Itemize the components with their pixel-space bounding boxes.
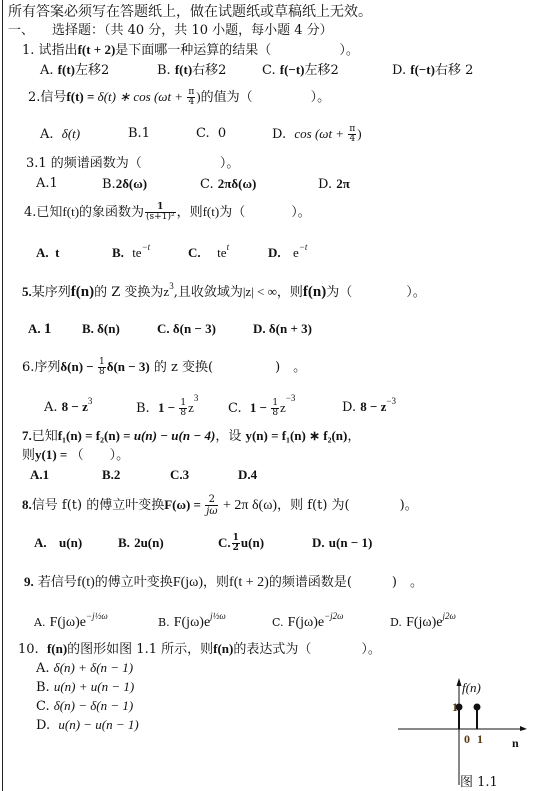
q8-option-b[interactable]: B. 2u(n) bbox=[118, 534, 164, 553]
q7-option-a[interactable]: A.1 bbox=[30, 466, 49, 484]
q3-option-b[interactable]: B.2δ(ω) bbox=[102, 175, 147, 194]
exam-notice: 所有答案必须写在答题纸上，做在试题纸或草稿纸上无效。 bbox=[8, 3, 372, 21]
question-3: 3.1 的频谱函数为（）。 bbox=[26, 155, 239, 173]
question-9: 9. 若信号f(t)的傅立叶变换F(jω)，则f(t + 2)的频谱函数是() … bbox=[24, 573, 423, 592]
q1-option-a[interactable]: A. f(t)左移2 bbox=[40, 61, 109, 80]
q2-option-d[interactable]: D. cos (ωt + π4) bbox=[272, 125, 362, 144]
q2-option-c[interactable]: C. 0 bbox=[196, 125, 226, 143]
q4-option-d[interactable]: D. e−t bbox=[268, 244, 307, 263]
tick-label-1: 1 bbox=[477, 732, 483, 747]
q8-option-a[interactable]: A. u(n) bbox=[34, 534, 82, 553]
question-4: 4.已知f(t)的象函数为1(s+1)²，则f(t)为（）。 bbox=[24, 203, 311, 222]
q9-option-a[interactable]: A. F(jω)e−j½ω bbox=[34, 614, 108, 632]
q3-option-c[interactable]: C. 2πδ(ω) bbox=[200, 175, 256, 194]
q4-option-a[interactable]: A. t bbox=[36, 244, 59, 262]
section-title: 选择题：（共 40 分，共 10 小题，每小题 4 分） bbox=[52, 22, 333, 40]
q7-option-b[interactable]: B.2 bbox=[102, 466, 120, 484]
q4-option-c[interactable]: C. tet bbox=[188, 244, 229, 263]
question-7-line-2: 则y(1) = （ ）。 bbox=[22, 446, 129, 465]
question-2: 2.信号f(t) = δ(t) ∗ cos (ωt + π4)的值为（）。 bbox=[28, 88, 330, 107]
question-6: 6.序列δ(n) − 18δ(n − 3) 的 z 变换() 。 bbox=[22, 358, 306, 377]
question-8: 8.信号 f(t) 的傅立叶变换F(ω) = 2jω + 2π δ(ω)，则 f… bbox=[22, 494, 418, 517]
q4-option-b[interactable]: B. te−t bbox=[112, 244, 150, 263]
q3-option-d[interactable]: D. 2π bbox=[318, 175, 350, 194]
q2-option-a[interactable]: A. δ(t) bbox=[40, 125, 80, 144]
figure-caption: 图 1.1 bbox=[460, 771, 498, 790]
section-number: 一、 bbox=[8, 22, 34, 40]
figure-1-1: f(n) 1 0 1 n 图 1.1 bbox=[390, 670, 550, 791]
value-label: 1 bbox=[452, 700, 458, 715]
q6-option-b[interactable]: B. 1 − 18z3 bbox=[136, 398, 198, 418]
q9-option-d[interactable]: D. F(jω)ej2ω bbox=[390, 614, 456, 632]
q6-option-d[interactable]: D. 8 − z−3 bbox=[342, 398, 396, 417]
q8-option-d[interactable]: D. u(n − 1) bbox=[312, 534, 372, 553]
q8-option-c[interactable]: C.12u(n) bbox=[218, 534, 264, 553]
q10-option-b[interactable]: B. u(n) + u(n − 1) bbox=[36, 678, 134, 697]
q7-option-d[interactable]: D.4 bbox=[238, 466, 257, 484]
q10-option-a[interactable]: A. δ(n) + δ(n − 1) bbox=[36, 659, 133, 678]
q9-option-b[interactable]: B. F(jω)ej½ω bbox=[158, 614, 226, 632]
question-1: 1. 试指出f(t + 2)是下面哪一种运算的结果（）。 bbox=[22, 41, 359, 60]
q5-option-c[interactable]: C. δ(n − 3) bbox=[157, 320, 216, 338]
q2-option-b[interactable]: B.1 bbox=[128, 125, 150, 143]
tick-label-0: 0 bbox=[464, 732, 470, 747]
question-7: 7.已知f₁(n) = f₂(n) = u(n) − u(n − 4)，设 y(… bbox=[22, 427, 360, 446]
q5-option-d[interactable]: D. δ(n + 3) bbox=[253, 320, 312, 338]
q1-option-d[interactable]: D. f(−t)右移 2 bbox=[392, 61, 473, 80]
q6-option-a[interactable]: A. 8 − z3 bbox=[44, 398, 92, 417]
q1-option-c[interactable]: C. f(−t)左移2 bbox=[262, 61, 339, 80]
q1-option-b[interactable]: B. f(t)右移2 bbox=[157, 61, 226, 80]
page-left-border bbox=[2, 0, 3, 791]
question-10: 10. f(n)的图形如图 1.1 所示，则f(n)的表达式为（）。 bbox=[18, 640, 381, 659]
q5-option-b[interactable]: B. δ(n) bbox=[82, 320, 120, 338]
q9-option-c[interactable]: C. F(jω)e−j2ω bbox=[272, 614, 344, 632]
y-axis-label: f(n) bbox=[462, 680, 481, 696]
q10-option-c[interactable]: C. δ(n) − δ(n − 1) bbox=[36, 697, 133, 716]
x-axis-label: n bbox=[512, 736, 519, 751]
q6-option-c[interactable]: C. 1 − 18z−3 bbox=[228, 398, 295, 418]
q3-option-a[interactable]: A.1 bbox=[36, 175, 58, 193]
question-5: 5.某序列f(n)的 Z 变换为z3,且收敛域为|z| < ∞，则f(n)为（）… bbox=[22, 283, 426, 302]
q5-option-a[interactable]: A. 1 bbox=[28, 320, 51, 338]
q10-option-d[interactable]: D. u(n) − u(n − 1) bbox=[36, 716, 139, 735]
q7-option-c[interactable]: C.3 bbox=[170, 466, 189, 484]
